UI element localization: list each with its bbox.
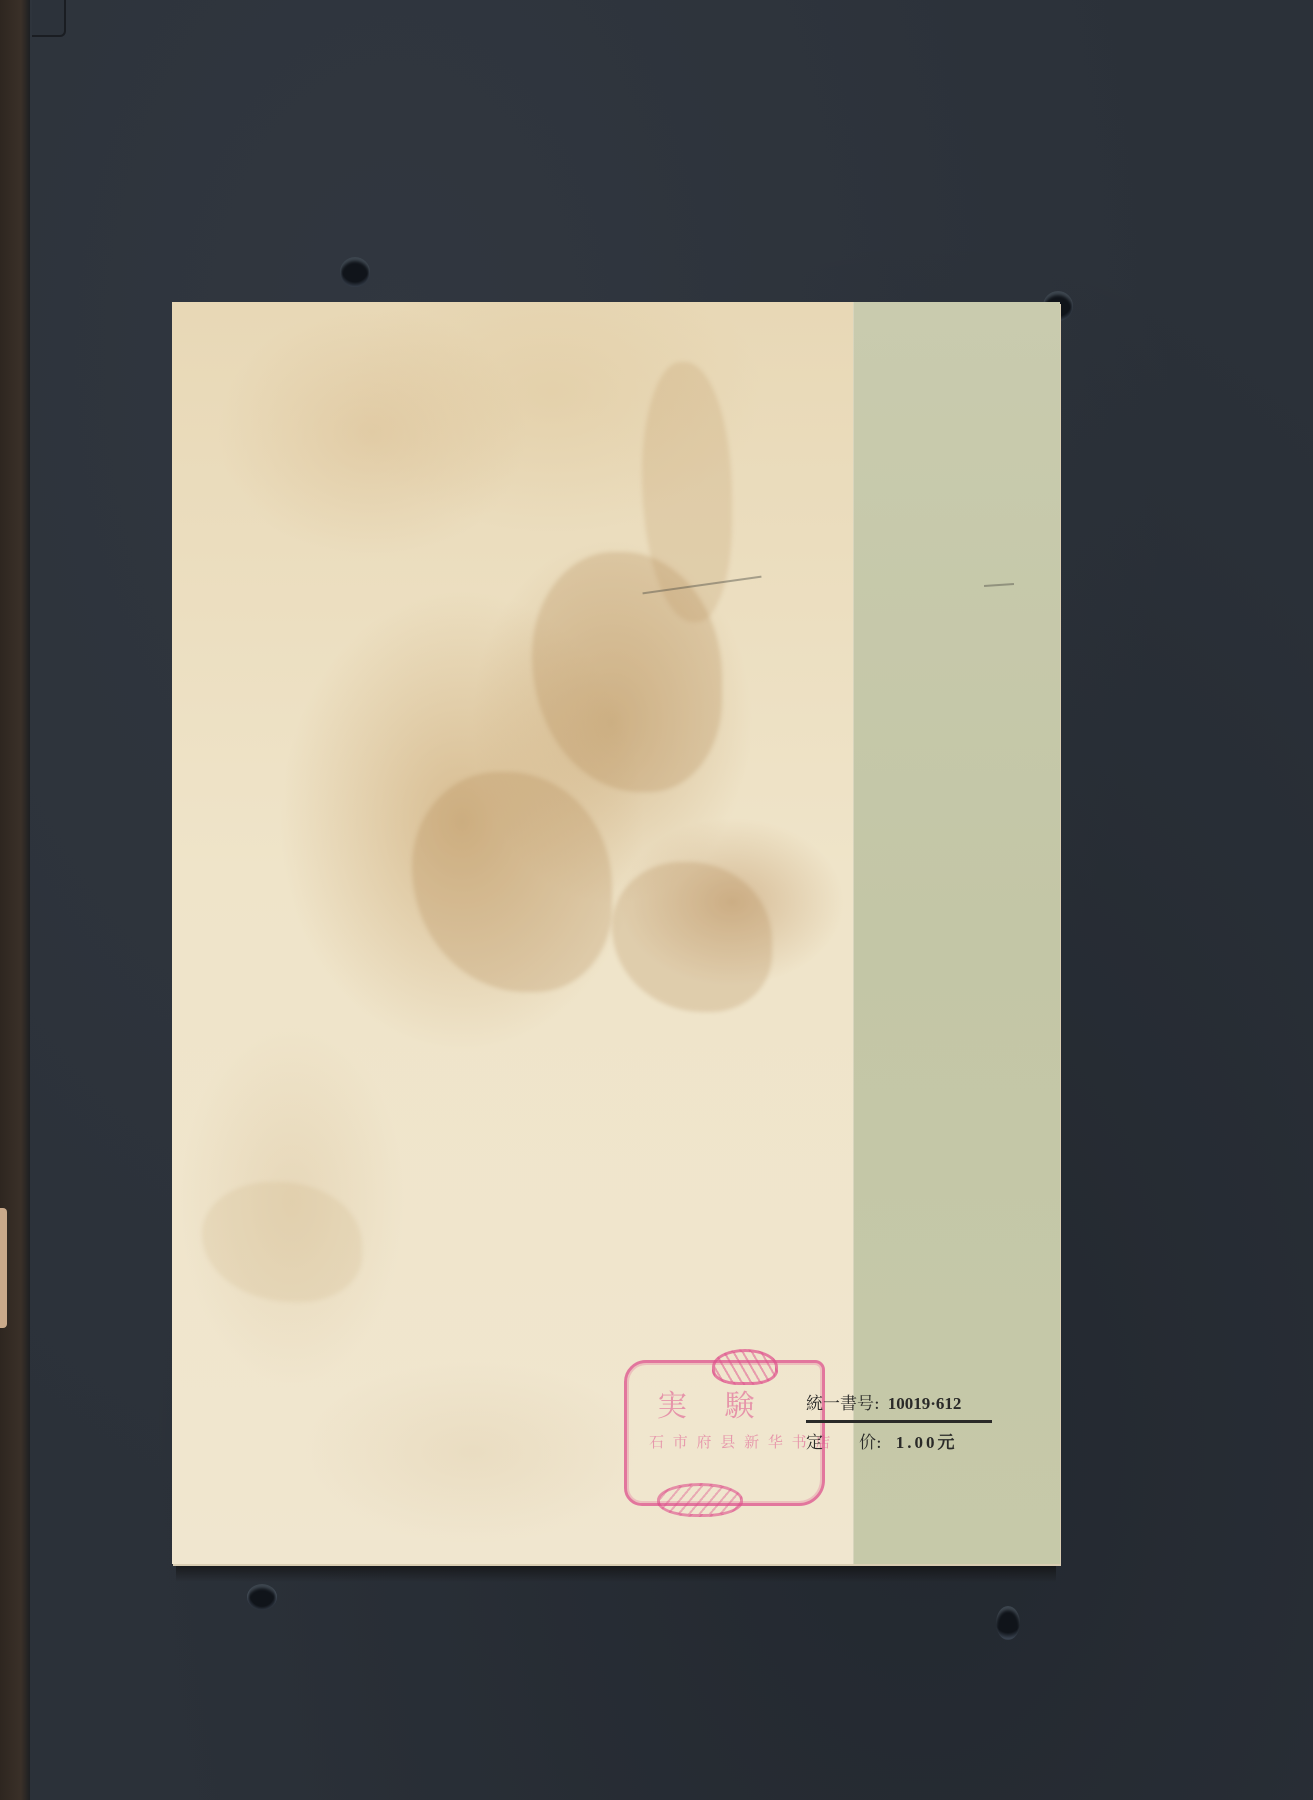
water-stain	[202, 1182, 362, 1302]
stamp-title: 実 験	[657, 1381, 769, 1425]
bookstore-stamp: 実 験 石 市 府 县 新 华 书 店	[624, 1360, 825, 1506]
price-row: 定 价: 1.00元	[806, 1428, 992, 1453]
scanner-edge-sliver	[0, 1208, 7, 1328]
scanner-left-edge	[0, 0, 30, 1800]
stamp-hand-icon	[712, 1349, 778, 1385]
divider-rule	[806, 1420, 992, 1423]
price-value: 1.00元	[896, 1428, 958, 1453]
stamp-hand-icon	[657, 1483, 743, 1517]
book-number-row: 統一書号: 10019·612	[806, 1389, 992, 1414]
catalog-info: 統一書号: 10019·612 定 价: 1.00元	[806, 1389, 992, 1453]
book-number-value: 10019·612	[888, 1394, 962, 1414]
price-label-left: 定	[806, 1428, 823, 1453]
mounting-hole-icon	[340, 257, 370, 287]
mounting-hole-icon	[247, 1584, 277, 1610]
water-stain	[412, 772, 612, 992]
green-spine-stripe	[853, 302, 1060, 1564]
mounting-hole-icon	[996, 1606, 1020, 1640]
book-number-label: 統一書号:	[806, 1389, 880, 1414]
scuff-mark	[984, 583, 1014, 587]
scanner-corner-tab	[32, 0, 66, 37]
water-stain	[612, 862, 772, 1012]
stamp-subtitle: 石 市 府 县 新 华 书 店	[649, 1431, 832, 1452]
book-back-cover: 実 験 石 市 府 县 新 华 书 店 統一書号: 10019·612 定 价:…	[172, 302, 1060, 1564]
price-label-right: 价:	[859, 1428, 882, 1453]
